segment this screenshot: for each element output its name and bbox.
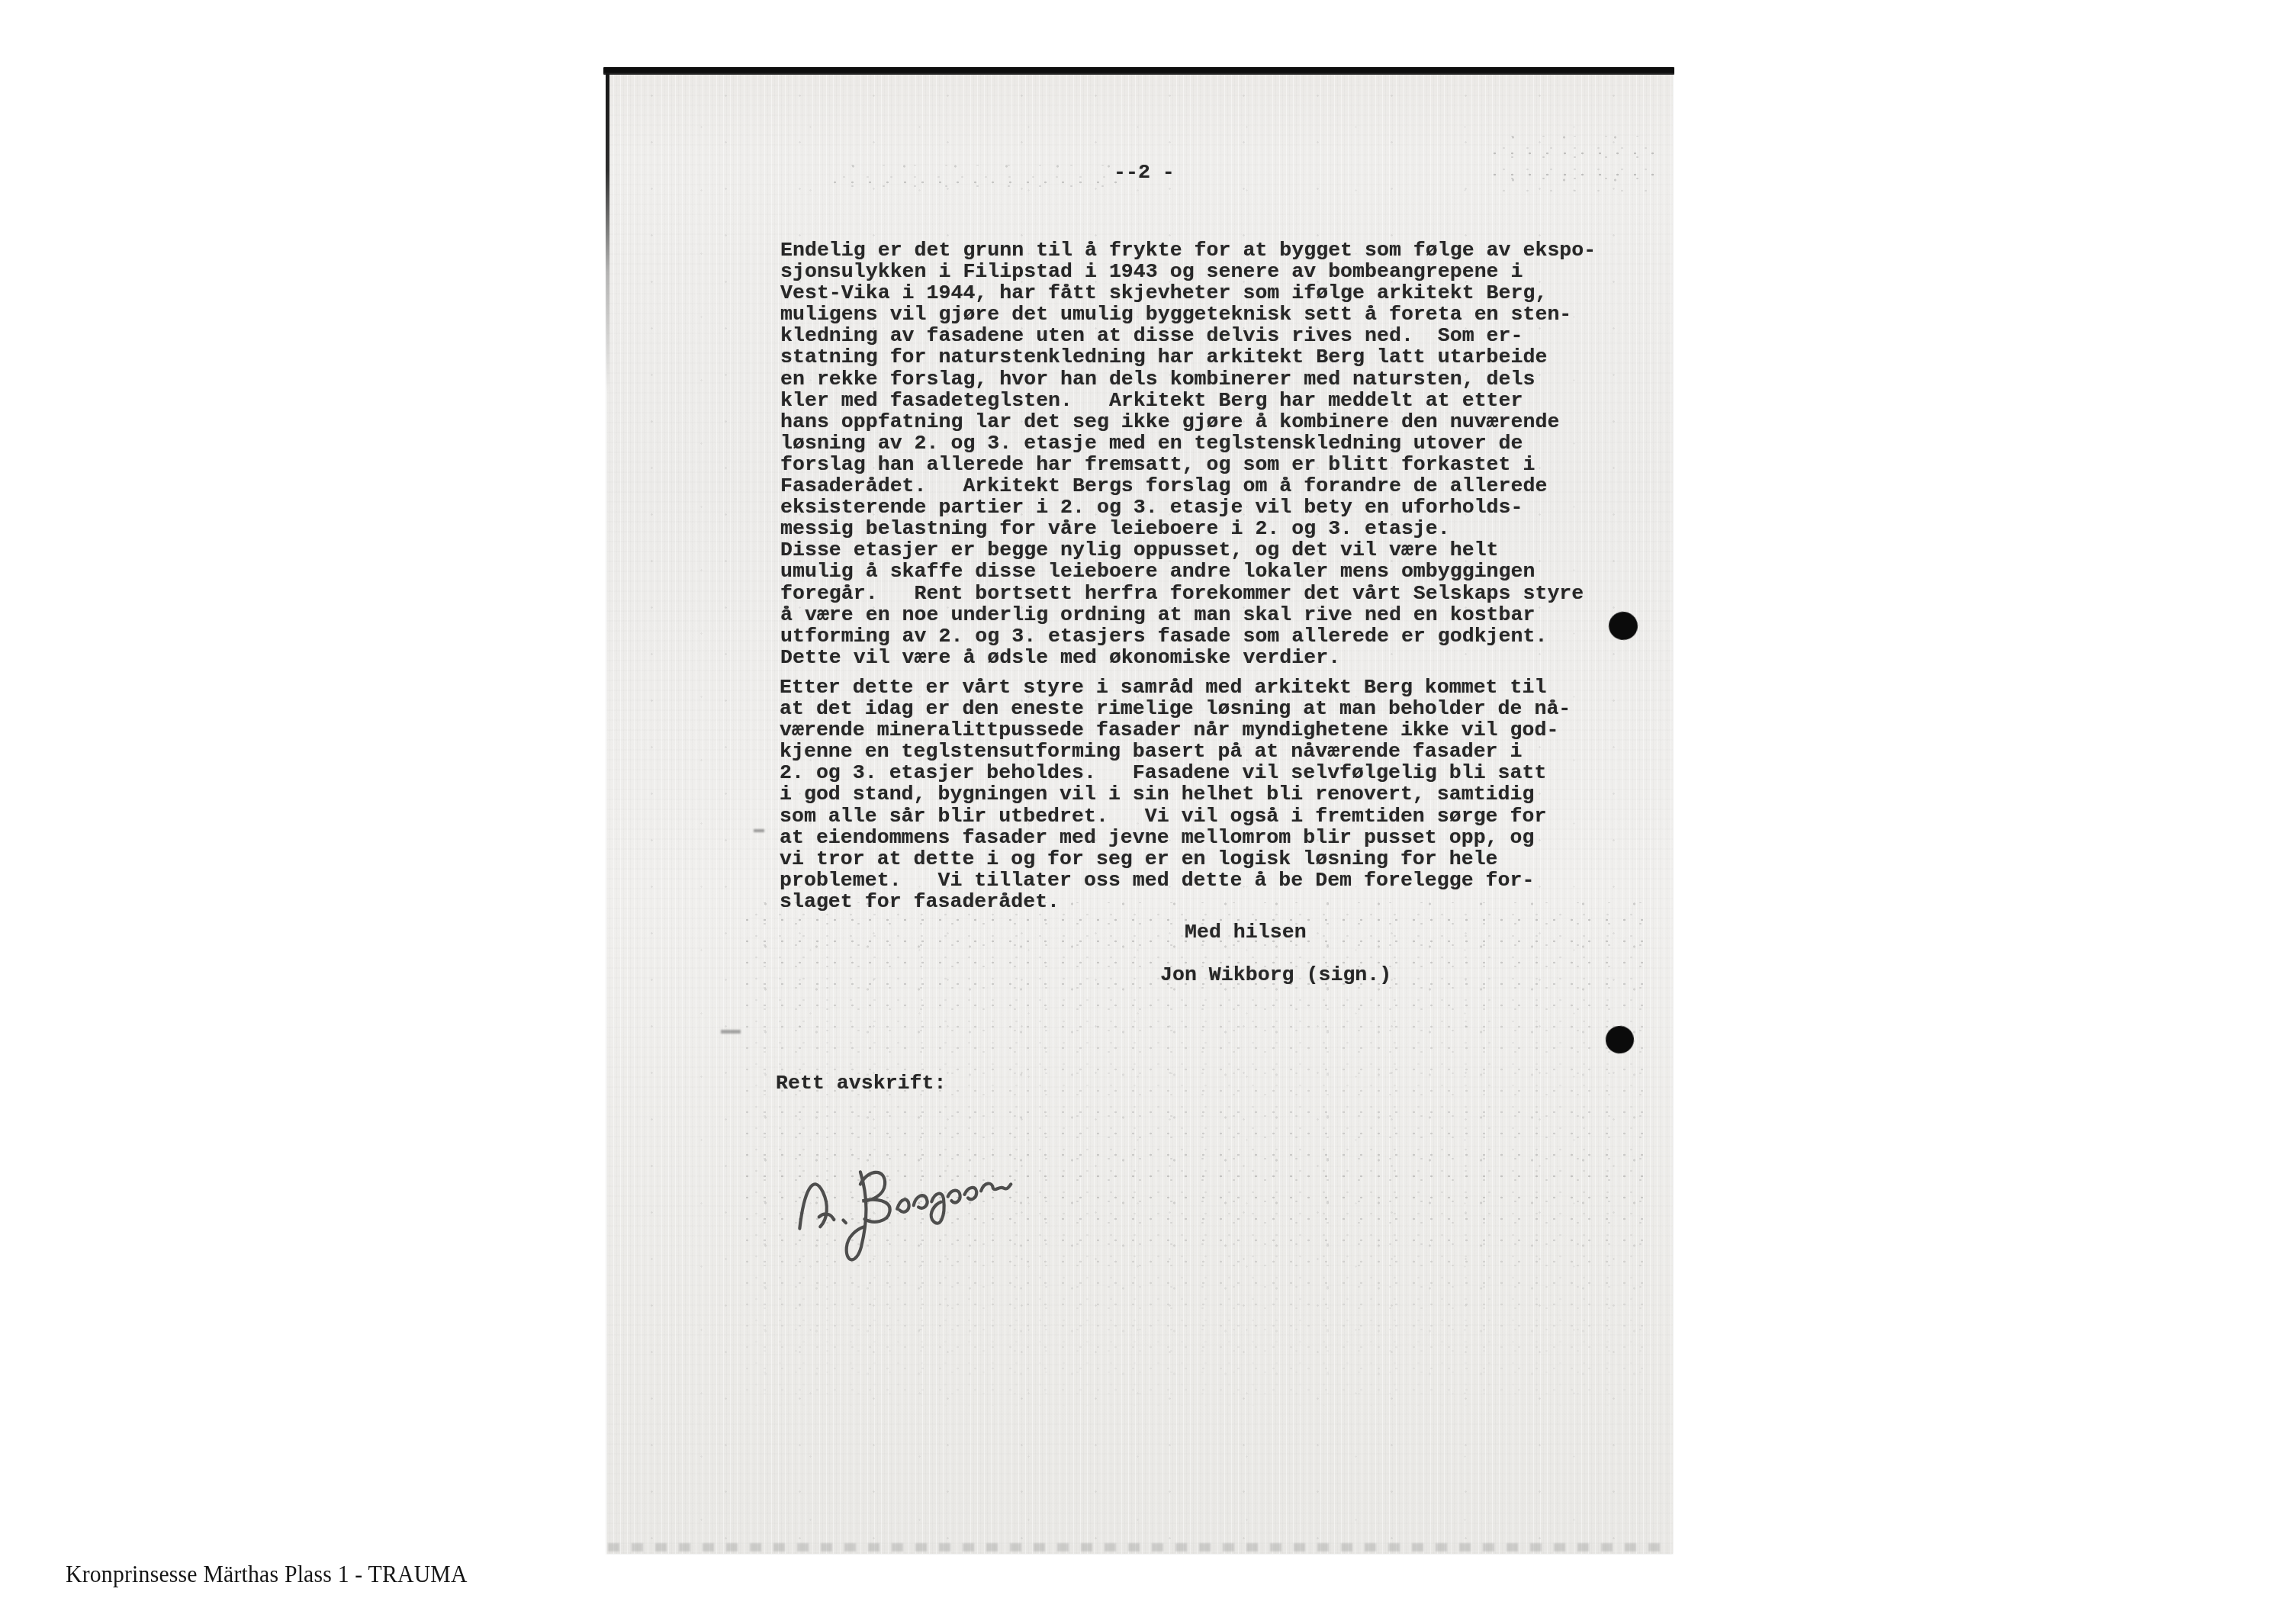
body-paragraph-2: Etter dette er vårt styre i samråd med a… <box>780 677 1571 912</box>
page-number: --2 - <box>1114 162 1175 183</box>
stray-mark <box>721 1030 741 1034</box>
document-scan-view: --2 - Endelig er det grunn til å frykte … <box>0 0 2296 1624</box>
scan-edge-left <box>606 73 609 516</box>
image-caption: Kronprinsesse Märthas Plass 1 - TRAUMA <box>66 1561 468 1588</box>
certification-label: Rett avskrift: <box>776 1072 946 1094</box>
stray-mark <box>754 829 764 832</box>
scanned-page: --2 - Endelig er det grunn til å frykte … <box>606 67 1673 1554</box>
closing-signer-name: Jon Wikborg (sign.) <box>1160 964 1391 986</box>
closing-salutation: Med hilsen <box>1185 921 1307 943</box>
scan-edge-bottom <box>608 1543 1671 1552</box>
scan-edge-top <box>603 67 1674 75</box>
bleedthrough-smudge-top-right <box>1484 136 1659 193</box>
bleedthrough-smudge-header <box>824 165 1121 189</box>
punch-hole-bottom <box>1604 1024 1635 1055</box>
body-paragraph-1: Endelig er det grunn til å frykte for at… <box>780 240 1596 668</box>
handwritten-signature-icon <box>782 1120 1072 1280</box>
punch-hole-top <box>1607 610 1640 642</box>
